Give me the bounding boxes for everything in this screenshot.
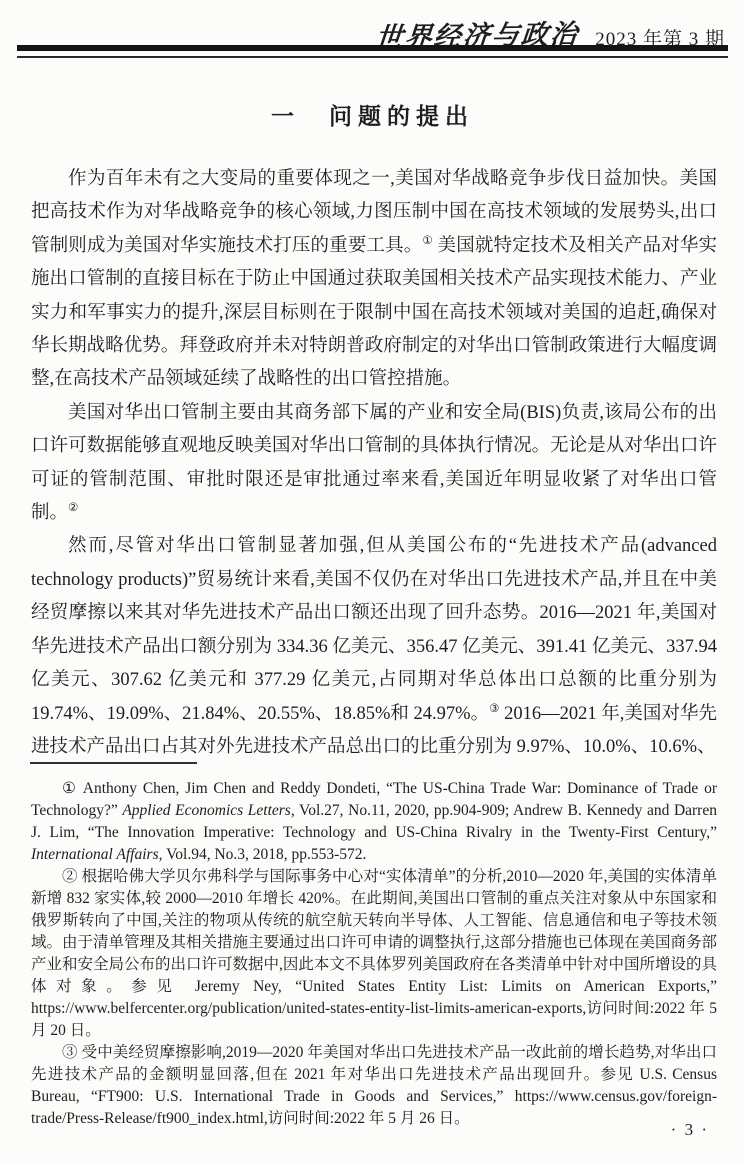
footnote-2-marker: ② xyxy=(62,868,78,885)
footnote-2: ② 根据哈佛大学贝尔弗科学与国际事务中心对“实体清单”的分析,2010—2020… xyxy=(31,866,717,1042)
footnote-1-text-end: , Vol.94, No.3, 2018, pp.553-572. xyxy=(159,846,367,863)
paragraph-2: 美国对华出口管制主要由其商务部下属的产业和安全局(BIS)负责,该局公布的出口许… xyxy=(31,397,717,531)
header-rule-thin xyxy=(17,56,728,58)
footnote-1-journal-2: International Affairs xyxy=(31,846,159,863)
footnote-2-text: 根据哈佛大学贝尔弗科学与国际事务中心对“实体清单”的分析,2010—2020 年… xyxy=(31,868,717,1039)
footnote-1: ① Anthony Chen, Jim Chen and Reddy Donde… xyxy=(31,778,717,866)
paragraph-3: 然而,尽管对华出口管制显著加强,但从美国公布的“先进技术产品(advanced … xyxy=(31,530,717,764)
paragraph-1: 作为百年未有之大变局的重要体现之一,美国对华战略竞争步伐日益加快。美国把高技术作… xyxy=(31,163,717,397)
paragraph-1-text-cont: 美国就特定技术及相关产品对华实施出口管制的直接目标在于防止中国通过获取美国相关技… xyxy=(31,236,717,390)
paragraph-2-text: 美国对华出口管制主要由其商务部下属的产业和安全局(BIS)负责,该局公布的出口许… xyxy=(31,403,717,523)
footnote-separator xyxy=(30,762,197,764)
paragraph-3-text: 然而,尽管对华出口管制显著加强,但从美国公布的“先进技术产品(advanced … xyxy=(31,536,717,723)
footnote-1-journal: Applied Economics Letters xyxy=(122,802,291,819)
footnote-1-marker: ① xyxy=(62,780,78,797)
header-rule-thick xyxy=(17,45,728,51)
footnote-ref-2: ② xyxy=(68,502,78,514)
section-heading: 一 问题的提出 xyxy=(0,98,745,131)
article-body: 作为百年未有之大变局的重要体现之一,美国对华战略竞争步伐日益加快。美国把高技术作… xyxy=(31,163,717,764)
footnote-ref-1: ① xyxy=(422,235,432,247)
footnotes: ① Anthony Chen, Jim Chen and Reddy Donde… xyxy=(31,778,717,1130)
page-number: · 3 · xyxy=(671,1120,709,1140)
footnote-3: ③ 受中美经贸摩擦影响,2019—2020 年美国对华出口先进技术产品一改此前的… xyxy=(31,1042,717,1130)
footnote-3-marker: ③ xyxy=(62,1044,78,1061)
footnote-ref-3: ③ xyxy=(489,702,499,714)
footnote-3-text: 受中美经贸摩擦影响,2019—2020 年美国对华出口先进技术产品一改此前的增长… xyxy=(31,1044,717,1127)
journal-page: 世界经济与政治 2023 年第 3 期 一 问题的提出 作为百年未有之大变局的重… xyxy=(0,0,745,1165)
